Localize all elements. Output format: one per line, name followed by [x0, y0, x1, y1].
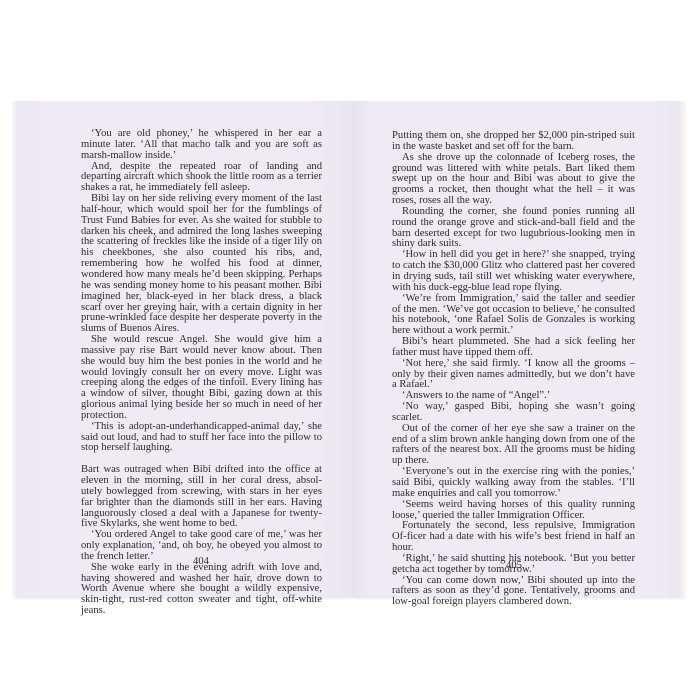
- paragraph: Out of the corner of her eye she saw a t…: [392, 424, 635, 467]
- paragraph: Fortunately the second, less repulsive, …: [392, 521, 635, 554]
- open-book: ‘You are old phoney,’ he whispered in he…: [14, 101, 684, 598]
- paragraph: She would rescue Angel. She would give h…: [81, 335, 322, 422]
- paragraph: As she drove up the colonnade of Iceberg…: [392, 153, 635, 207]
- paragraph: Bart was outraged when Bibi drifted into…: [81, 465, 322, 530]
- paragraph: ‘Everyone’s out in the exercise ring wit…: [392, 467, 635, 500]
- paragraph: ‘How in hell did you get in here?’ she s…: [392, 250, 635, 293]
- page-number-right: 405: [494, 560, 534, 571]
- paragraph: ‘This is adopt-an-underhandicapped-anima…: [81, 422, 322, 455]
- paragraph: Bibi lay on her side reliving every mome…: [81, 194, 322, 335]
- paragraph: Rounding the corner, she found ponies ru…: [392, 207, 635, 250]
- page-number-left: 404: [181, 556, 221, 567]
- paragraph: She woke early in the evening adrift wit…: [81, 563, 322, 617]
- left-page: ‘You are old phoney,’ he whispered in he…: [14, 101, 352, 598]
- right-page-text: Putting them on, she dropped her $2,000 …: [392, 131, 635, 608]
- paragraph: ‘Not here,’ she said firmly. ‘I know all…: [392, 359, 635, 392]
- paragraph: Putting them on, she dropped her $2,000 …: [392, 131, 635, 153]
- paragraph: ‘No way,’ gasped Bibi, hoping she wasn’t…: [392, 402, 635, 424]
- paragraph: ‘You are old phoney,’ he whispered in he…: [81, 129, 322, 162]
- paragraph: ‘We’re from Immigration,’ said the talle…: [392, 294, 635, 337]
- paragraph: And, despite the repeated roar of landin…: [81, 162, 322, 195]
- right-page: Putting them on, she dropped her $2,000 …: [352, 101, 684, 598]
- paragraph: ‘Seems weird having horses of this quali…: [392, 500, 635, 522]
- paragraph: ‘You can come down now,’ Bibi shouted up…: [392, 576, 635, 609]
- left-page-text: ‘You are old phoney,’ he whispered in he…: [81, 129, 322, 617]
- page-stack-edge-left: [14, 101, 18, 598]
- page-stack-edge-right: [679, 101, 684, 598]
- paragraph: Bibi’s heart plummeted. She had a sick f…: [392, 337, 635, 359]
